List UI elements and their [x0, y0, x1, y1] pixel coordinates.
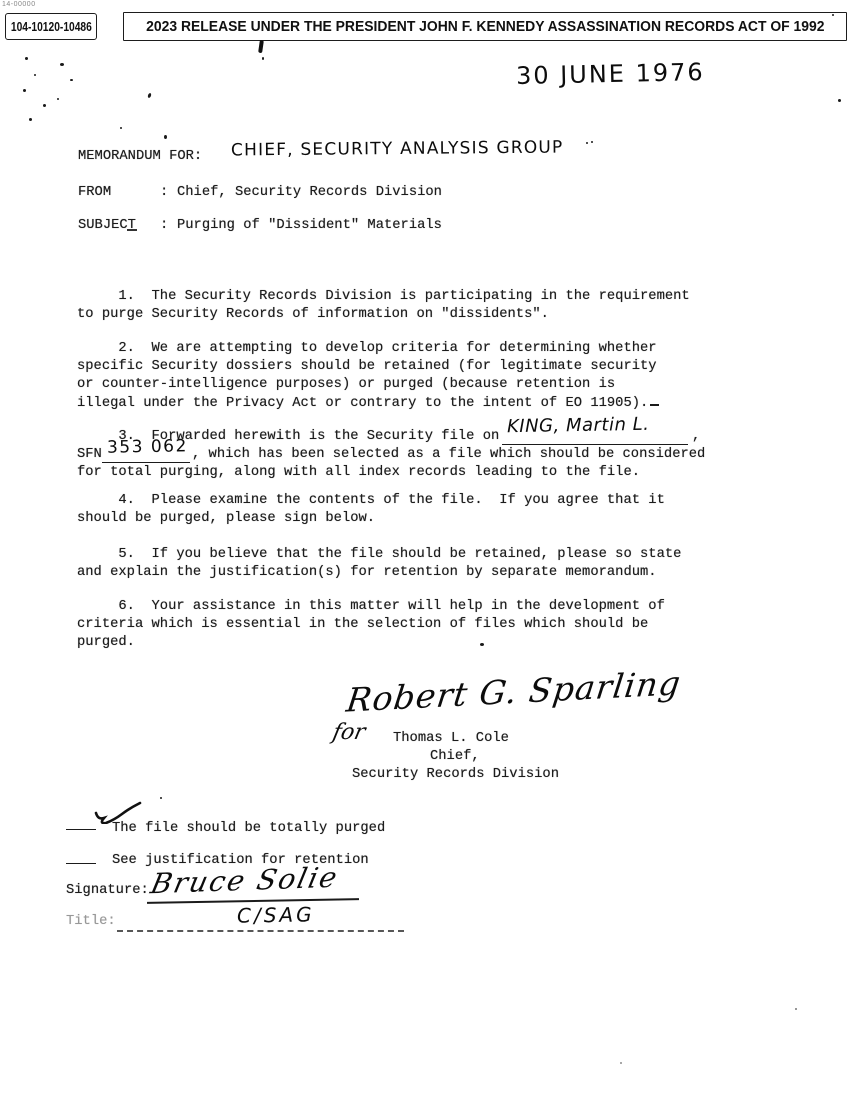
release-banner-text: 2023 RELEASE UNDER THE PRESIDENT JOHN F.…	[146, 19, 824, 35]
handwritten-file-name: KING, Martin L.	[507, 414, 650, 437]
record-number-box: 104-10120-10486	[5, 13, 97, 40]
paragraph-2: 2. We are attempting to develop criteria…	[77, 340, 657, 413]
scan-speck	[25, 57, 28, 60]
subject-value: Purging of "Dissident" Materials	[177, 217, 442, 235]
scan-speck	[120, 127, 122, 129]
paragraph-4: 4. Please examine the contents of the fi…	[77, 492, 665, 528]
handwritten-for-mark: for	[330, 720, 367, 745]
title-label: Title:	[66, 913, 116, 931]
scan-speck	[160, 797, 162, 799]
subject-separator: :	[160, 217, 168, 235]
scan-speck	[43, 104, 46, 107]
stray-underscore-mark	[127, 229, 137, 231]
scan-speck	[838, 99, 841, 102]
scan-speck	[262, 57, 264, 60]
title-line	[117, 930, 404, 932]
paragraph-6: 6. Your assistance in this matter will h…	[77, 598, 665, 653]
paragraph-1: 1. The Security Records Division is part…	[77, 288, 690, 324]
scan-speck	[23, 89, 26, 92]
sfn-label: SFN	[77, 446, 102, 464]
handwritten-signature-sparling: Robert G. Sparling	[344, 663, 683, 719]
scan-speck	[29, 118, 32, 121]
from-label: FROM	[78, 184, 111, 202]
scan-speck	[70, 79, 73, 81]
memo-document-page: 14-00000 104-10120-10486 2023 RELEASE UN…	[0, 0, 853, 1096]
memorandum-for-label: MEMORANDUM FOR:	[78, 148, 202, 166]
option-purge-blank-line	[66, 814, 96, 830]
paragraph-5: 5. If you believe that the file should b…	[77, 546, 681, 582]
subject-label: SUBJECT	[78, 217, 136, 235]
corner-scan-number: 14-00000	[2, 1, 36, 8]
from-separator: :	[160, 184, 168, 202]
scan-speck	[57, 98, 59, 100]
paragraph-3-line2-rest: , which has been selected as a file whic…	[192, 446, 705, 464]
signer-name: Thomas L. Cole	[393, 730, 509, 748]
scan-speck	[591, 141, 593, 143]
signer-title-line2: Security Records Division	[352, 766, 559, 784]
signer-title-line1: Chief,	[430, 748, 480, 766]
scan-speck	[164, 135, 167, 139]
scan-speck	[586, 142, 588, 144]
paragraph-3-line3: for total purging, along with all index …	[77, 464, 640, 482]
from-value: Chief, Security Records Division	[177, 184, 442, 202]
record-number: 104-10120-10486	[11, 20, 92, 34]
paragraph-3-line1-suffix: ,	[692, 428, 700, 446]
handwritten-date: 30 JUNE 1976	[516, 58, 705, 90]
scan-speck	[34, 74, 36, 76]
option-purge-label: The file should be totally purged	[112, 820, 385, 838]
scan-speck	[795, 1008, 797, 1010]
memorandum-for-handwritten-value: CHIEF, SECURITY ANALYSIS GROUP	[231, 138, 564, 161]
option-retain-blank-line	[66, 848, 96, 864]
ink-mark	[258, 40, 264, 53]
scan-speck	[60, 63, 64, 66]
scan-speck	[147, 93, 152, 99]
scan-speck	[620, 1062, 622, 1064]
handwritten-signature-solie: Bruce Solie	[148, 861, 342, 900]
handwritten-title-csag: C/SAG	[237, 902, 315, 927]
signature-label: Signature:	[66, 882, 149, 900]
release-banner-box: 2023 RELEASE UNDER THE PRESIDENT JOHN F.…	[123, 12, 847, 41]
handwritten-sfn-number: 353 062	[107, 436, 188, 457]
scan-speck	[832, 14, 834, 16]
